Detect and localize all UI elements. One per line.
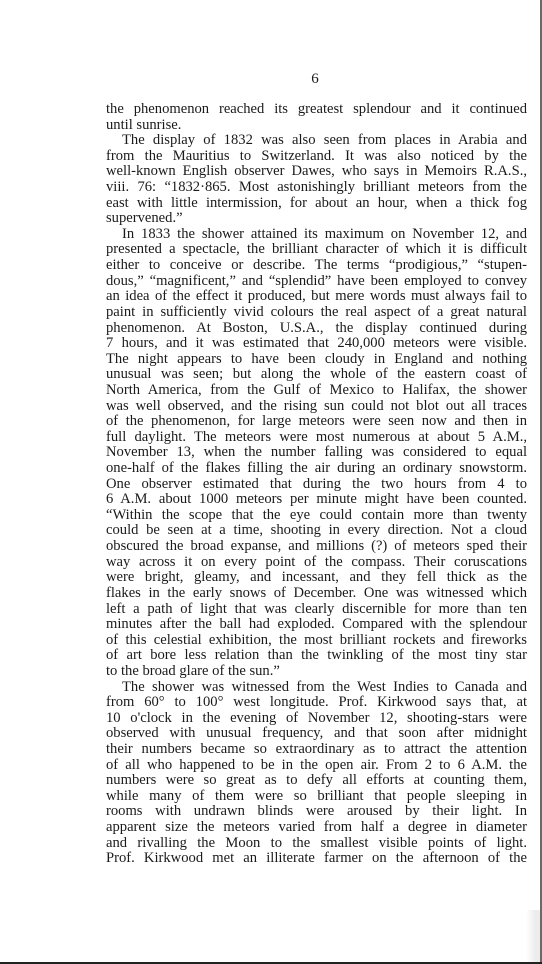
text-line: November 13, when the number falling was… [106, 445, 527, 461]
text-line: until sunrise. [106, 118, 527, 134]
text-line: the phenomenon reached its greatest sple… [106, 102, 527, 118]
text-line: from the Mauritius to Switzerland. It wa… [106, 149, 527, 165]
text-line: 10 o'clock in the evening of November 12… [106, 711, 527, 727]
text-line: The night appears to have been cloudy in… [106, 352, 527, 368]
text-line: phenomenon. At Boston, U.S.A., the displ… [106, 321, 527, 337]
text-line: The display of 1832 was also seen from p… [106, 133, 527, 149]
text-line: either to conceive or describe. The term… [106, 258, 527, 274]
text-line: were bright, gleamy, and incessant, and … [106, 570, 527, 586]
text-line: to the broad glare of the sun.” [106, 664, 527, 680]
text-line: observed with unusual frequency, and tha… [106, 726, 527, 742]
text-line: of art bore less relation than the twink… [106, 648, 527, 664]
text-line: their numbers became so extraordinary as… [106, 742, 527, 758]
text-line: The shower was witnessed from the West I… [106, 680, 527, 696]
text-line: left a path of light that was clearly di… [106, 602, 527, 618]
text-line: minutes after the ball had exploded. Com… [106, 617, 527, 633]
text-line: was well observed, and the rising sun co… [106, 399, 527, 415]
text-line: presented a spectacle, the brilliant cha… [106, 242, 527, 258]
text-line: of the phenomenon, for large meteors wer… [106, 414, 527, 430]
text-line: an idea of the effect it produced, but m… [106, 289, 527, 305]
text-line: one-half of the flakes filling the air d… [106, 461, 527, 477]
text-line: rooms with undrawn blinds were aroused b… [106, 804, 527, 820]
text-line: unusual was seen; but along the whole of… [106, 367, 527, 383]
text-line: way across it on every point of the comp… [106, 555, 527, 571]
text-line: dous,” “magnificent,” and “splendid” hav… [106, 274, 527, 290]
text-line: full daylight. The meteors were most num… [106, 430, 527, 446]
body-text: the phenomenon reached its greatest sple… [106, 102, 527, 867]
text-line: well-known English observer Dawes, who s… [106, 164, 527, 180]
text-line: viii. 76: “1832·865. Most astonishingly … [106, 180, 527, 196]
text-line: Prof. Kirkwood met an illiterate farmer … [106, 851, 527, 867]
text-line: east with little intermission, for about… [106, 196, 527, 212]
text-line: supervened.” [106, 211, 527, 227]
text-line: paint in sufficiently vivid colours the … [106, 305, 527, 321]
text-line: of this celestial exhibition, the most b… [106, 633, 527, 649]
page-number: 6 [0, 71, 542, 88]
text-line: 6 A.M. about 1000 meteors per minute mig… [106, 492, 527, 508]
text-line: North America, from the Gulf of Mexico t… [106, 383, 527, 399]
text-line: “Within the scope that the eye could con… [106, 508, 527, 524]
text-line: could be seen at a time, shooting in eve… [106, 523, 527, 539]
page-corner-shadow [526, 910, 540, 962]
text-line: 7 hours, and it was estimated that 240,0… [106, 336, 527, 352]
text-line: apparent size the meteors varied from ha… [106, 820, 527, 836]
text-line: One observer estimated that during the t… [106, 477, 527, 493]
text-line: numbers were so great as to defy all eff… [106, 773, 527, 789]
text-line: from 60° to 100° west longitude. Prof. K… [106, 695, 527, 711]
text-line: In 1833 the shower attained its maximum … [106, 227, 527, 243]
text-line: obscured the broad expanse, and millions… [106, 539, 527, 555]
text-line: and rivalling the Moon to the smallest v… [106, 836, 527, 852]
text-line: flakes in the early snows of December. O… [106, 586, 527, 602]
text-line: while many of them were so brilliant tha… [106, 789, 527, 805]
text-line: of all who happened to be in the open ai… [106, 758, 527, 774]
